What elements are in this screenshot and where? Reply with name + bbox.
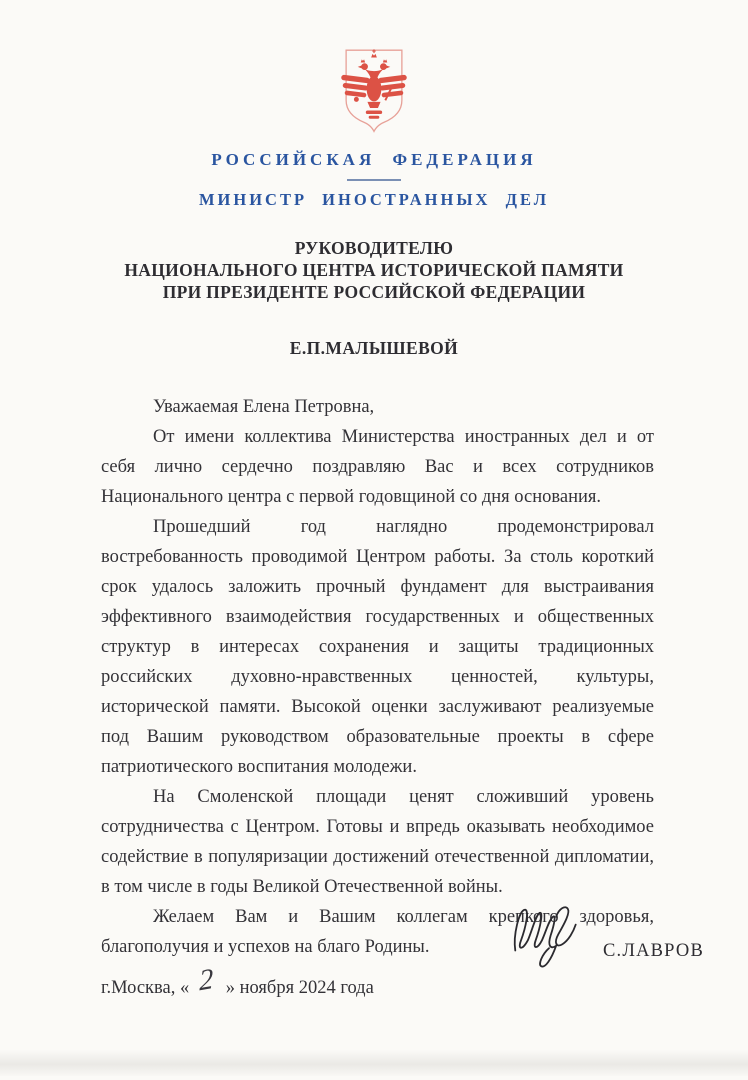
salutation: Уважаемая Елена Петровна,	[101, 392, 654, 422]
scan-shadow	[0, 1050, 748, 1076]
date-line: г.Москва, « 2 » ноября 2024 года	[101, 974, 374, 999]
handwritten-signature-icon	[509, 896, 611, 976]
letter-page: РОССИЙСКАЯ ФЕДЕРАЦИЯ МИНИСТР ИНОСТРАННЫХ…	[0, 0, 748, 1080]
signature-block: С.ЛАВРОВ	[509, 896, 704, 980]
addressee-block: РУКОВОДИТЕЛЮ НАЦИОНАЛЬНОГО ЦЕНТРА ИСТОРИ…	[0, 237, 748, 303]
addressee-line: ПРИ ПРЕЗИДЕНТЕ РОССИЙСКОЙ ФЕДЕРАЦИИ	[0, 281, 748, 303]
letterhead-country: РОССИЙСКАЯ ФЕДЕРАЦИЯ	[0, 150, 748, 170]
date-suffix: » ноября 2024 года	[226, 978, 374, 999]
body-paragraph: Прошедший год наглядно продемонстрировал…	[101, 512, 654, 782]
russia-coat-of-arms-icon	[333, 46, 415, 138]
date-prefix: г.Москва, «	[101, 978, 189, 999]
letterhead-divider	[347, 179, 401, 181]
addressee-line: РУКОВОДИТЕЛЮ	[0, 237, 748, 259]
handwritten-day: 2	[199, 969, 214, 992]
letterhead-minister-title: МИНИСТР ИНОСТРАННЫХ ДЕЛ	[0, 190, 748, 210]
addressee-name: Е.П.МАЛЫШЕВОЙ	[0, 338, 748, 359]
body-paragraph: От имени коллектива Министерства иностра…	[101, 422, 654, 512]
body-paragraph: На Смоленской площади ценят сложивший ур…	[101, 782, 654, 902]
addressee-line: НАЦИОНАЛЬНОГО ЦЕНТРА ИСТОРИЧЕСКОЙ ПАМЯТИ	[0, 259, 748, 281]
letter-body: Уважаемая Елена Петровна, От имени колле…	[101, 392, 654, 962]
signature-name: С.ЛАВРОВ	[603, 915, 704, 962]
